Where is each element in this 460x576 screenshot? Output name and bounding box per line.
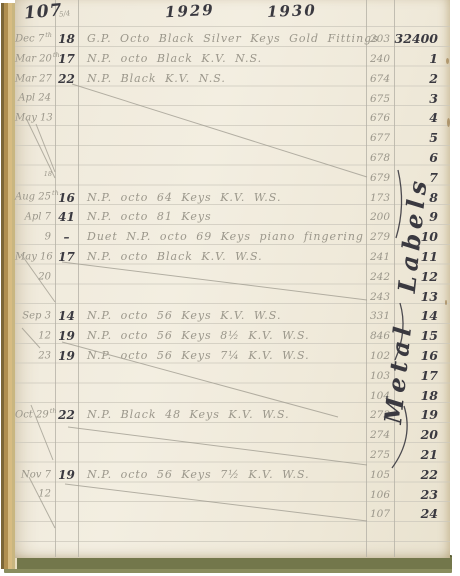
table-row: 677 5: [15, 125, 450, 145]
table-row: 18 679 7: [15, 165, 450, 185]
item-number-cell: 32400: [394, 32, 449, 46]
date-cell: 12: [15, 325, 55, 343]
ref-number-cell: 105: [366, 468, 394, 482]
date-cell: [15, 503, 55, 521]
date-cell: Nov 7: [15, 464, 55, 482]
qty-cell: 14: [55, 309, 78, 323]
date-cell: Dec 7th: [15, 28, 55, 46]
year-header-1930: 1930: [267, 1, 317, 21]
table-row: 678 6: [15, 145, 450, 165]
item-number-cell: 24: [394, 507, 449, 521]
item-number-cell: 22: [394, 468, 449, 482]
item-number-cell: 2: [394, 72, 449, 86]
description-cell: N.P. octo 56 Keys 8½ K.V. W.S.: [78, 329, 366, 343]
ref-number-cell: 106: [366, 488, 394, 502]
table-row: 12 19 N.P. octo 56 Keys 8½ K.V. W.S. 846…: [15, 323, 450, 343]
foxing-spot: [447, 118, 450, 127]
description-cell: G.P. Octo Black Silver Keys Gold Fitting…: [78, 32, 366, 46]
qty-cell: 17: [55, 250, 78, 264]
ref-number-cell: 241: [366, 250, 394, 264]
description-cell: N.P. Black 48 Keys K.V. W.S.: [78, 408, 366, 422]
date-cell: Apl 7: [15, 206, 55, 224]
foxing-spot: [446, 58, 449, 64]
qty-cell: 18: [55, 32, 78, 46]
table-row: Apl 7 41 N.P. octo 81 Keys 200 9: [15, 205, 450, 225]
date-cell: May 13: [15, 107, 55, 125]
ref-number-cell: 675: [366, 92, 394, 106]
ref-number-cell: 242: [366, 270, 394, 284]
page-number: 107: [23, 0, 63, 23]
table-row: Mar 27 22 N.P. Black K.V. N.S. 674 2: [15, 66, 450, 86]
description-cell: N.P. octo 56 Keys K.V. W.S.: [78, 309, 366, 323]
ref-number-cell: 676: [366, 111, 394, 125]
page-number-mark: 5/4: [58, 9, 70, 18]
date-cell: Aug 25th: [15, 186, 55, 204]
ref-number-cell: 677: [366, 131, 394, 145]
ref-number-cell: 279: [366, 230, 394, 244]
date-cell: 18: [15, 167, 55, 185]
qty-cell: –: [55, 230, 78, 244]
date-cell: Apl 24: [15, 87, 55, 105]
qty-cell: 16: [55, 191, 78, 205]
table-row: Aug 25th 16 N.P. octo 64 Keys K.V. W.S. …: [15, 185, 450, 205]
date-cell: [15, 147, 55, 165]
table-row: 107 24: [15, 502, 450, 522]
ref-number-cell: 203: [366, 32, 394, 46]
item-number-cell: 4: [394, 111, 449, 125]
qty-cell: 19: [55, 349, 78, 363]
date-cell: 9: [15, 226, 55, 244]
date-cell: [15, 285, 55, 303]
qty-cell: 19: [55, 329, 78, 343]
ref-number-cell: 200: [366, 210, 394, 224]
description-cell: Duet N.P. octo 69 Keys piano fingering: [78, 230, 366, 244]
qty-cell: 19: [55, 468, 78, 482]
table-row: Apl 24 675 3: [15, 86, 450, 106]
table-row: May 13 676 4: [15, 106, 450, 126]
item-number-cell: 5: [394, 131, 449, 145]
ref-number-cell: 173: [366, 191, 394, 205]
date-cell: 23: [15, 345, 55, 363]
ref-number-cell: 107: [366, 507, 394, 521]
table-row: Nov 7 19 N.P. octo 56 Keys 7½ K.V. W.S. …: [15, 462, 450, 482]
date-cell: [15, 365, 55, 383]
table-row: Sep 3 14 N.P. octo 56 Keys K.V. W.S. 331…: [15, 304, 450, 324]
date-cell: 12: [15, 483, 55, 501]
description-cell: N.P. octo 64 Keys K.V. W.S.: [78, 191, 366, 205]
date-cell: [15, 384, 55, 402]
date-cell: 20: [15, 266, 55, 284]
date-cell: Sep 3: [15, 305, 55, 323]
ref-number-cell: 679: [366, 171, 394, 185]
description-cell: N.P. octo Black K.V. N.S.: [78, 52, 366, 66]
description-cell: N.P. octo 56 Keys 7¼ K.V. W.S.: [78, 349, 366, 363]
description-cell: N.P. Black K.V. N.S.: [78, 72, 366, 86]
description-cell: N.P. octo Black K.V. W.S.: [78, 250, 366, 264]
ref-number-cell: 240: [366, 52, 394, 66]
date-cell: May 16: [15, 246, 55, 264]
date-cell: Mar 20th: [15, 48, 55, 66]
qty-cell: 22: [55, 408, 78, 422]
date-cell: [15, 444, 55, 462]
year-header-1929: 1929: [165, 1, 216, 22]
ref-number-cell: 678: [366, 151, 394, 165]
date-cell: Oct 29th: [15, 404, 55, 422]
table-row: Mar 20th 17 N.P. octo Black K.V. N.S. 24…: [15, 46, 450, 66]
ledger-page: 107 5/4 1929 1930 Dec 7th 18 G.P. Octo B…: [15, 0, 450, 558]
qty-cell: 17: [55, 52, 78, 66]
table-row: Dec 7th 18 G.P. Octo Black Silver Keys G…: [15, 27, 450, 47]
table-row: 9 – Duet N.P. octo 69 Keys piano fingeri…: [15, 224, 450, 244]
table-row: 12 106 23: [15, 482, 450, 502]
table-row: May 16 17 N.P. octo Black K.V. W.S. 241 …: [15, 244, 450, 264]
date-cell: Mar 27: [15, 68, 55, 86]
foxing-spot: [445, 300, 447, 305]
date-cell: [15, 127, 55, 145]
item-number-cell: 1: [394, 52, 449, 66]
table-row: 243 13: [15, 284, 450, 304]
ref-number-cell: 674: [366, 72, 394, 86]
item-number-cell: 23: [394, 488, 449, 502]
description-cell: N.P. octo 81 Keys: [78, 210, 366, 224]
item-number-cell: 3: [394, 92, 449, 106]
qty-cell: 41: [55, 210, 78, 224]
qty-cell: 22: [55, 72, 78, 86]
date-cell: [15, 424, 55, 442]
table-row: 20 242 12: [15, 264, 450, 284]
description-cell: N.P. octo 56 Keys 7½ K.V. W.S.: [78, 468, 366, 482]
